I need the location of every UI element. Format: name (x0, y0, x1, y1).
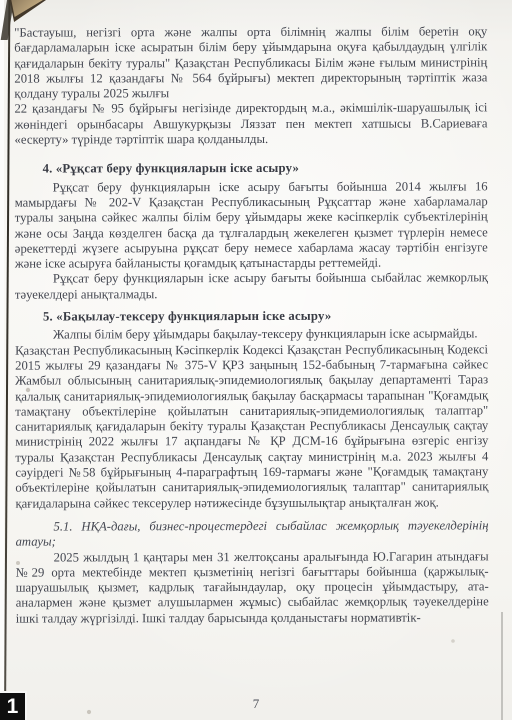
paragraph: 22 қазандағы № 95 бұйрығы негізінде дире… (14, 101, 487, 148)
scanner-left-margin (0, 0, 4, 720)
scan-specks (0, 0, 2, 2)
paragraph: "Бастауыш, негізгі орта және жалпы орта … (14, 24, 487, 102)
scanned-page: "Бастауыш, негізгі орта және жалпы орта … (0, 0, 512, 720)
page-number: 7 (0, 696, 512, 712)
section-heading: 5. «Бақылау-тексеру функцияларын іске ас… (15, 308, 488, 325)
paragraph: Қазақстан Республикасының Кәсіпкерлік Ко… (15, 342, 488, 512)
paragraph: 2025 жылдың 1 қаңтары мен 31 желтоқсаны … (16, 549, 489, 627)
section-heading: 5.1. НҚА-дағы, бизнес-процестердегі сыба… (16, 518, 489, 550)
paragraph: Рұқсат беру функцияларын іске асыру бағы… (15, 271, 488, 303)
paragraph: Рұқсат беру функцияларын іске асыру бағы… (15, 179, 488, 272)
document-body: "Бастауыш, негізгі орта және жалпы орта … (14, 24, 489, 626)
page-index-badge: 1 (0, 691, 27, 720)
section-heading: 4. «Рұқсат беру функцияларын іске асыру» (15, 161, 488, 178)
paragraph: Жалпы білім беру ұйымдары бақылау-тексер… (15, 327, 488, 344)
